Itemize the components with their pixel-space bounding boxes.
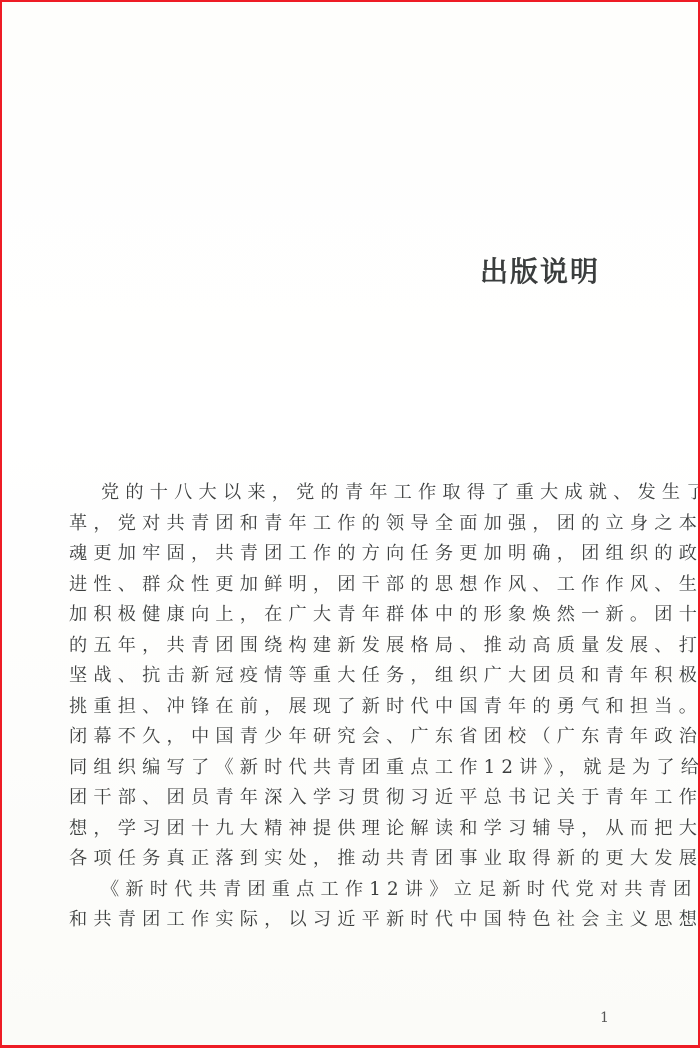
- text-line: 进性、群众性更加鲜明，团干部的思想作风、工作作风、生活作风更: [69, 570, 614, 601]
- text-line: 闭幕不久，中国青少年研究会、广东省团校（广东青年政治学院）共: [69, 722, 614, 753]
- text-line: 和共青团工作实际，以习近平新时代中国特色社会主义思想为指导，: [69, 905, 614, 936]
- text-line: 挑重担、冲锋在前，展现了新时代中国青年的勇气和担当。团十九大: [69, 692, 614, 723]
- text-line: 党的十八大以来，党的青年工作取得了重大成就、发生了深刻变: [69, 478, 614, 509]
- page-title: 出版说明: [480, 250, 600, 290]
- body-text: 党的十八大以来，党的青年工作取得了重大成就、发生了深刻变 革，党对共青团和青年工…: [69, 478, 614, 936]
- text-line: 的五年，共青团围绕构建新发展格局、推动高质量发展、打赢脱贫攻: [69, 631, 614, 662]
- document-page: 出版说明 党的十八大以来，党的青年工作取得了重大成就、发生了深刻变 革，党对共青…: [2, 2, 698, 1045]
- text-line: 《新时代共青团重点工作12讲》立足新时代党对共青团工作要求: [69, 875, 614, 906]
- text-line: 团干部、团员青年深入学习贯彻习近平总书记关于青年工作的重要思: [69, 783, 614, 814]
- text-line: 坚战、抗击新冠疫情等重大任务，组织广大团员和青年积极参与、勇: [69, 661, 614, 692]
- text-line: 加积极健康向上，在广大青年群体中的形象焕然一新。团十八大以来: [69, 600, 614, 631]
- text-line: 革，党对共青团和青年工作的领导全面加强，团的立身之本和政治之: [69, 509, 614, 540]
- page-number: 1: [600, 1010, 609, 1026]
- text-line: 同组织编写了《新时代共青团重点工作12讲》，就是为了给共青团、: [69, 753, 614, 784]
- text-line: 魂更加牢固，共青团工作的方向任务更加明确，团组织的政治性、先: [69, 539, 614, 570]
- text-line: 想，学习团十九大精神提供理论解读和学习辅导，从而把大会确定的: [69, 814, 614, 845]
- text-line: 各项任务真正落到实处，推动共青团事业取得新的更大发展。: [69, 844, 614, 875]
